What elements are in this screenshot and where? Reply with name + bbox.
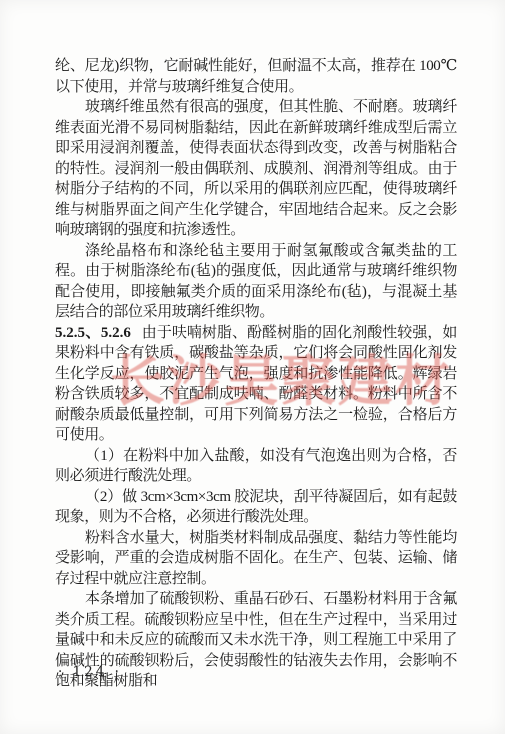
paragraph-text: （1）在粉料中加入盐酸，如没有气泡逸出则为合格，否则必须进行酸洗处理。 xyxy=(55,448,457,485)
paragraph: 纶、尼龙)织物，它耐碱性能好，但耐温不太高，推荐在 100℃以下使用，并常与玻璃… xyxy=(55,56,457,97)
section-number: 5.2.5、5.2.6 xyxy=(55,325,131,341)
paragraph-text: 玻璃纤维虽然有很高的强度，但其性脆、不耐磨。玻璃纤维表面光滑不易同树脂黏结，因此… xyxy=(55,99,457,238)
paragraph-text: 粉料含水量大，树脂类材料制成品强度、黏结力等性能均受影响，严重的会造成树脂不固化… xyxy=(55,530,457,587)
scanned-document-page: 纶、尼龙)织物，它耐碱性能好，但耐温不太高，推荐在 100℃以下使用，并常与玻璃… xyxy=(0,0,505,734)
paragraph: 5.2.5、5.2.6由于呋喃树脂、酚醛树脂的固化剂酸性较强，如果粉料中含有铁质… xyxy=(55,323,457,446)
paragraph: （1）在粉料中加入盐酸，如没有气泡逸出则为合格，否则必须进行酸洗处理。 xyxy=(55,446,457,487)
paragraph: 涤纶晶格布和涤纶毡主要用于耐氢氟酸或含氟类盐的工程。由于树脂涤纶布(毡)的强度低… xyxy=(55,241,457,323)
text-block: 纶、尼龙)织物，它耐碱性能好，但耐温不太高，推荐在 100℃以下使用，并常与玻璃… xyxy=(55,56,457,692)
paragraph-text: （2）做 3cm×3cm×3cm 胶泥块，刮平待凝固后，如有起鼓现象，则为不合格… xyxy=(55,489,457,526)
paragraph: 玻璃纤维虽然有很高的强度，但其性脆、不耐磨。玻璃纤维表面光滑不易同树脂黏结，因此… xyxy=(55,97,457,241)
paragraph-text: 由于呋喃树脂、酚醛树脂的固化剂酸性较强，如果粉料中含有铁质，碳酸盐等杂质，它们将… xyxy=(55,325,457,444)
page-number-footer: · 124 · xyxy=(58,664,122,680)
paragraph-text: 涤纶晶格布和涤纶毡主要用于耐氢氟酸或含氟类盐的工程。由于树脂涤纶布(毡)的强度低… xyxy=(55,243,457,321)
paragraph: （2）做 3cm×3cm×3cm 胶泥块，刮平待凝固后，如有起鼓现象，则为不合格… xyxy=(55,487,457,528)
paragraph: 粉料含水量大，树脂类材料制成品强度、黏结力等性能均受影响，严重的会造成树脂不固化… xyxy=(55,528,457,590)
paragraph-text: 纶、尼龙)织物，它耐碱性能好，但耐温不太高，推荐在 100℃以下使用，并常与玻璃… xyxy=(55,58,457,95)
